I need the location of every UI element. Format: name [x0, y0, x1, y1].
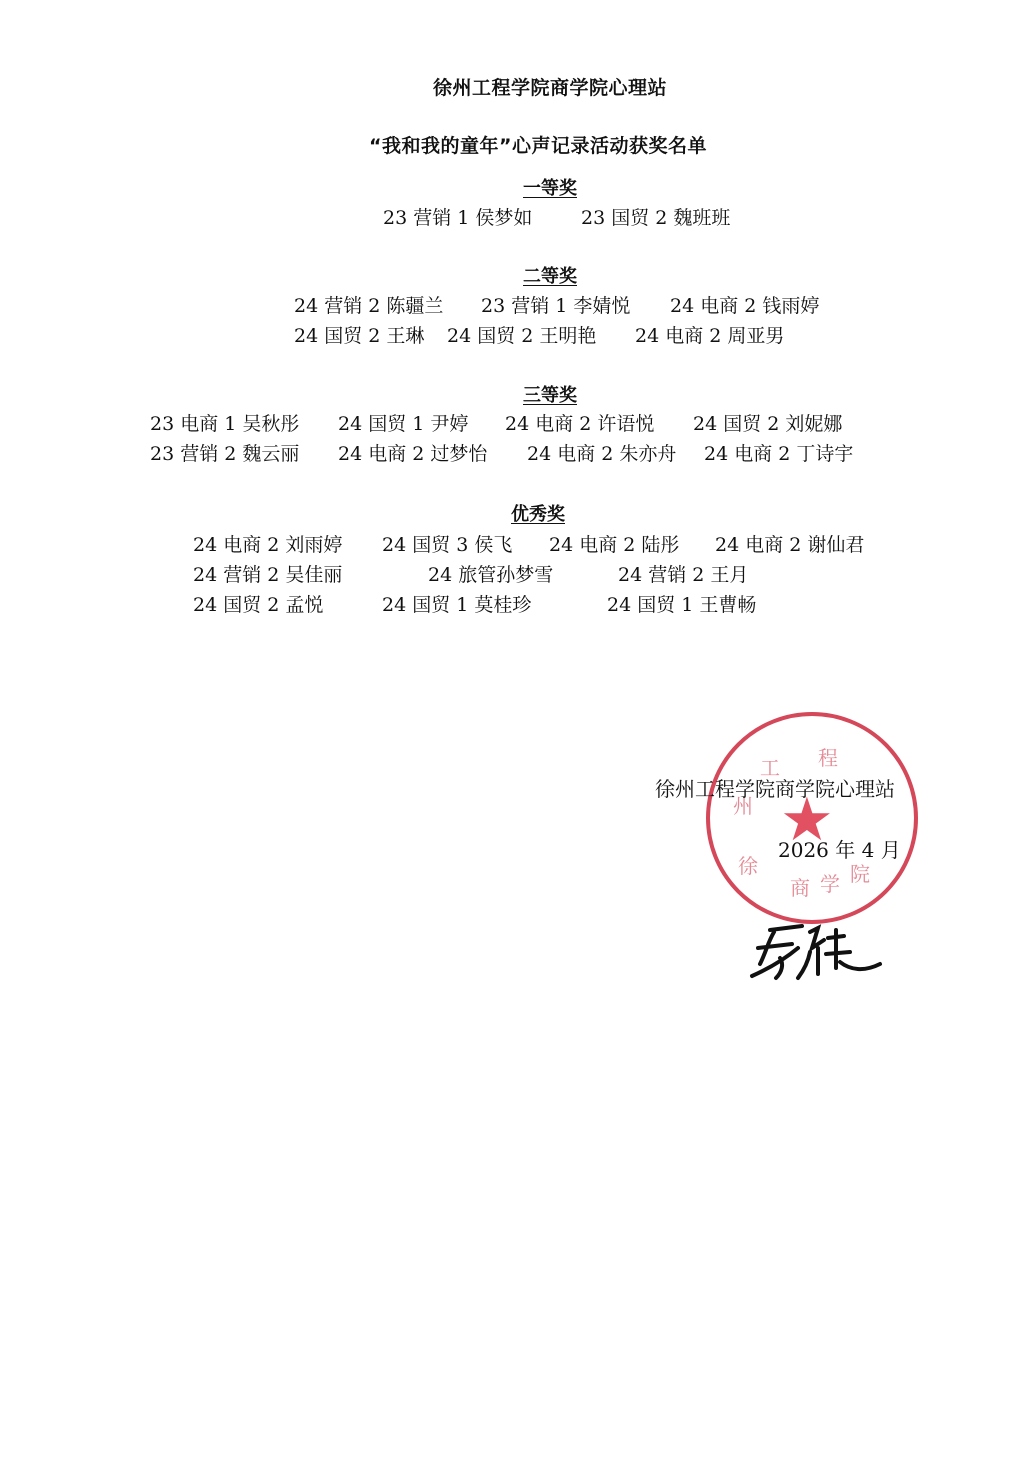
winner-entry: 24 营销 2 王月 [618, 560, 748, 587]
handwritten-signature [740, 918, 885, 984]
first-prize-heading: 一等奖 [0, 174, 1033, 200]
seal-char: 程 [818, 742, 838, 771]
third-prize-heading: 三等奖 [0, 381, 1033, 407]
winner-entry: 24 国贸 1 尹婷 [338, 409, 468, 436]
winner-entry: 24 营销 2 陈疆兰 [294, 291, 443, 318]
seal-char: 商 [790, 872, 810, 901]
winner-entry: 23 国贸 2 魏班班 [581, 203, 730, 230]
winner-entry: 24 国贸 1 王曹畅 [607, 590, 756, 617]
winner-entry: 23 电商 1 吴秋彤 [150, 409, 299, 436]
winner-entry: 24 电商 2 刘雨婷 [193, 530, 342, 557]
seal-char: 学 [820, 868, 840, 897]
signing-organization: 徐州工程学院商学院心理站 [655, 773, 895, 802]
winner-entry: 24 营销 2 吴佳丽 [193, 560, 342, 587]
seal-char: 徐 [738, 850, 758, 879]
winner-entry: 24 电商 2 谢仙君 [715, 530, 864, 557]
winner-entry: 23 营销 2 魏云丽 [150, 439, 299, 466]
winner-entry: 24 电商 2 丁诗宇 [704, 439, 853, 466]
second-prize-heading: 二等奖 [0, 262, 1033, 288]
winner-entry: 24 国贸 2 王琳 [294, 321, 424, 348]
winner-entry: 24 电商 2 许语悦 [505, 409, 654, 436]
list-title: “我和我的童年”心声记录活动获奖名单 [0, 131, 1033, 158]
winner-entry: 23 营销 1 侯梦如 [383, 203, 532, 230]
winner-entry: 24 电商 2 过梦怡 [338, 439, 487, 466]
winner-entry: 24 电商 2 朱亦舟 [527, 439, 676, 466]
winner-entry: 23 营销 1 李婧悦 [481, 291, 630, 318]
winner-entry: 24 国贸 2 王明艳 [447, 321, 596, 348]
winner-entry: 24 电商 2 陆彤 [549, 530, 679, 557]
winner-entry: 24 电商 2 周亚男 [635, 321, 784, 348]
excellent-prize-heading: 优秀奖 [0, 500, 1033, 526]
winner-entry: 24 电商 2 钱雨婷 [670, 291, 819, 318]
winner-entry: 24 国贸 3 侯飞 [382, 530, 512, 557]
org-title: 徐州工程学院商学院心理站 [0, 73, 1033, 100]
signing-date: 2026 年 4 月 [778, 834, 901, 863]
winner-entry: 24 国贸 2 孟悦 [193, 590, 323, 617]
winner-entry: 24 国贸 2 刘妮娜 [693, 409, 842, 436]
winner-entry: 24 旅管孙梦雪 [428, 560, 553, 587]
winner-entry: 24 国贸 1 莫桂珍 [382, 590, 531, 617]
